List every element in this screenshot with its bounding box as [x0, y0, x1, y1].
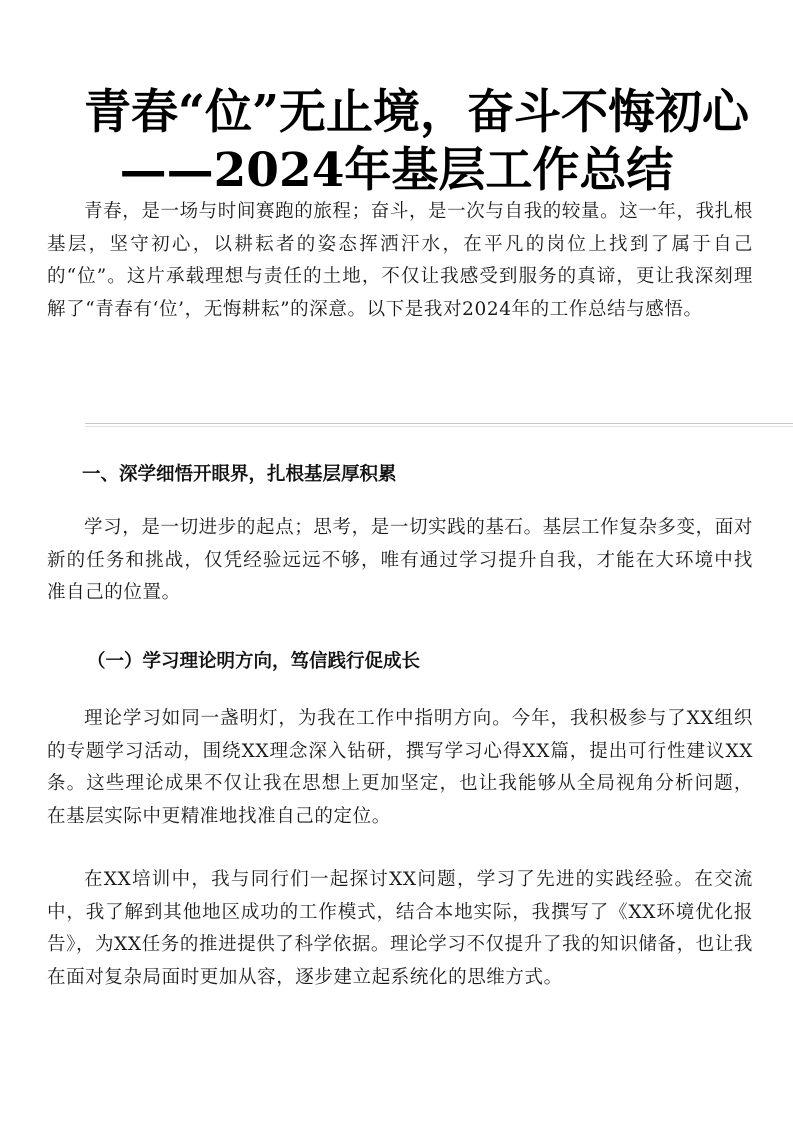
section1-paragraph: 学习，是一切进步的起点；思考，是一切实践的基石。基层工作复杂多变，面对新的任务和…	[47, 512, 753, 610]
intro-paragraph: 青春，是一场与时间赛跑的旅程；奋斗，是一次与自我的较量。这一年，我扎根基层，坚守…	[47, 196, 753, 326]
subsection1-paragraph-2: 在XX培训中，我与同行们一起探讨XX问题，学习了先进的实践经验。在交流中，我了解…	[47, 864, 753, 994]
horizontal-divider	[85, 423, 793, 427]
subsection-heading-1: （一）学习理论明方向，笃信践行促成长	[87, 647, 420, 677]
subsection1-paragraph-1: 理论学习如同一盏明灯，为我在工作中指明方向。今年，我积极参与了XX组织的专题学习…	[47, 703, 753, 833]
document-title-line1: 青春“位”无止境，奋斗不悔初心	[20, 85, 793, 141]
section-heading-1: 一、深学细悟开眼界，扎根基层厚积累	[82, 460, 397, 490]
document-title-line2: ——2024年基层工作总结	[0, 143, 793, 199]
